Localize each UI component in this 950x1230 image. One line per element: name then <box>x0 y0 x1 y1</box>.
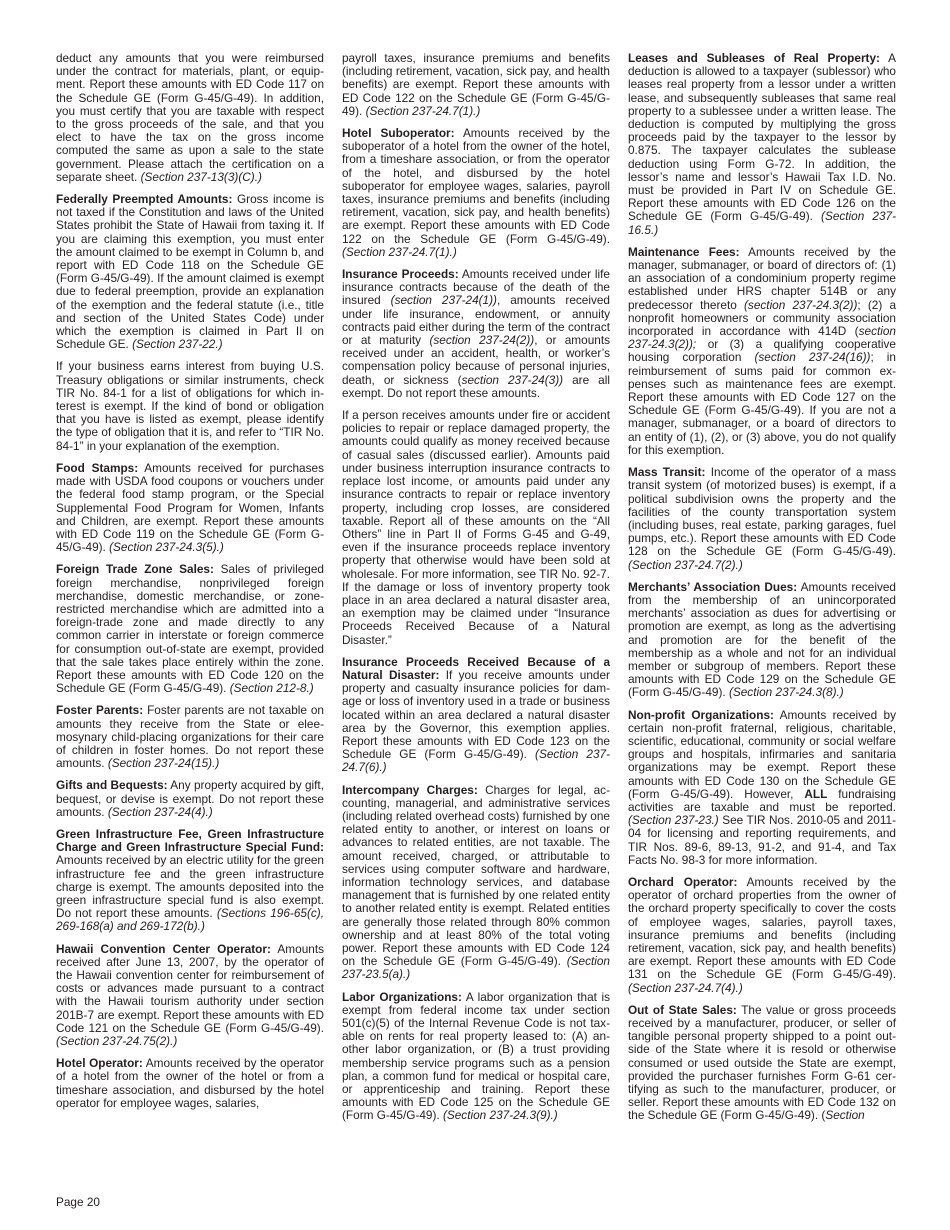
section-heading: Maintenance Fees: <box>628 245 740 259</box>
section-paragraph: Orchard Operator: Amounts received by th… <box>628 876 896 995</box>
body-text: ; in reimbursement of sums paid for comm… <box>628 350 896 456</box>
body-text: If a person receives amounts under fire … <box>342 408 610 646</box>
citation-text: (Section 237-24.7(2).) <box>628 558 743 572</box>
section-heading: Merchants’ Association Dues: <box>628 580 797 594</box>
document-page: deduct any amounts that you were reimbur… <box>0 0 950 1230</box>
section-heading: Out of State Sales: <box>628 1003 737 1017</box>
section-heading: Food Stamps: <box>56 461 138 475</box>
section-heading: Orchard Operator: <box>628 875 737 889</box>
body-paragraph: deduct any amounts that you were reimbur… <box>56 52 324 184</box>
section-paragraph: Out of State Sales: The value or gross p… <box>628 1004 896 1123</box>
section-paragraph: Leases and Subleases of Real Property: A… <box>628 52 896 237</box>
citation-text: (section 237-24(16)) <box>754 350 870 364</box>
body-paragraph: payroll taxes, insurance premiums and be… <box>342 52 610 118</box>
section-heading: Hotel Operator: <box>56 1056 143 1070</box>
citation-text: (Section 237-24.3(9).) <box>443 1108 558 1122</box>
body-paragraph: If your business earns interest from buy… <box>56 360 324 452</box>
body-text: If your business earns interest from buy… <box>56 359 324 452</box>
section-heading: Mass Transit: <box>628 465 705 479</box>
column-middle: payroll taxes, insurance premiums and be… <box>342 52 610 1132</box>
section-paragraph: Non-profit Organizations: Amounts receiv… <box>628 709 896 867</box>
section-paragraph: Hotel Operator: Amounts received by the … <box>56 1057 324 1110</box>
citation-text: (Section 237-24(15).) <box>108 756 219 770</box>
section-paragraph: Merchants’ Association Dues: Amounts re­… <box>628 581 896 700</box>
section-heading: Insurance Proceeds: <box>342 267 459 281</box>
section-paragraph: Gifts and Bequests: Any property acquire… <box>56 779 324 819</box>
citation-text: (Section 212-8.) <box>230 681 314 695</box>
section-heading: Hotel Suboperator: <box>342 126 455 140</box>
body-text: Amounts received after June 13, 2007, by… <box>56 942 324 1035</box>
body-text: Amounts re­ceived from the membership of… <box>628 580 896 700</box>
body-text: Amounts received by the operator of orch… <box>628 875 896 981</box>
section-heading: Labor Organizations: <box>342 990 462 1004</box>
citation-text: section 237-24(3)) <box>462 373 564 387</box>
citation-text: (Section 237-24.7(4).) <box>628 981 743 995</box>
section-heading: Intercompany Charges: <box>342 783 478 797</box>
body-text: Amounts received by the suboperator of a… <box>342 126 610 246</box>
citation-text: (Section 237-22.) <box>132 337 223 351</box>
section-paragraph: Hotel Suboperator: Amounts received by t… <box>342 127 610 259</box>
section-heading: Foster Parents: <box>56 703 143 717</box>
body-text: Sales of privileged foreign merchandise,… <box>56 562 324 695</box>
body-text: A deduction is allowed to a taxpayer (su… <box>628 51 896 223</box>
section-paragraph: Insurance Proceeds: Amounts received und… <box>342 268 610 400</box>
section-paragraph: Maintenance Fees: Amounts received by th… <box>628 246 896 457</box>
page-number: Page 20 <box>56 1195 100 1209</box>
section-heading: Federally Preempted Amounts: <box>56 192 232 206</box>
body-text: Charges for legal, ac­counting, manageri… <box>342 783 610 969</box>
section-paragraph: Foster Parents: Foster parents are not t… <box>56 704 324 770</box>
citation-text: (Section 237-24.75(2).) <box>56 1034 177 1048</box>
section-paragraph: Labor Organizations: A labor organizatio… <box>342 991 610 1123</box>
body-paragraph: If a person receives amounts under fire … <box>342 409 610 647</box>
citation-text: (section 237-24(2)) <box>429 333 534 347</box>
body-text: Income of the operator of a mass transit… <box>628 465 896 558</box>
citation-text: (Section 237-24.3(5).) <box>109 540 224 554</box>
column-right: Leases and Subleases of Real Property: A… <box>628 52 896 1132</box>
section-heading: Hawaii Convention Center Operator: <box>56 942 271 956</box>
section-paragraph: Federally Preempted Amounts: Gross incom… <box>56 193 324 351</box>
citation-text: (section 237-24(1)) <box>391 293 497 307</box>
section-paragraph: Food Stamps: Amounts received for purcha… <box>56 462 324 554</box>
citation-text: (section 237-24.3(2)) <box>744 298 857 312</box>
body-text: The value or gross proceeds received by … <box>628 1003 896 1123</box>
section-heading: Non-profit Organizations: <box>628 708 774 722</box>
citation-text: (Section 237-24.3(8).) <box>729 685 844 699</box>
citation-text: (Section 237-24(4).) <box>108 805 213 819</box>
section-heading: Gifts and Bequests: <box>56 778 168 792</box>
citation-text: (Section 237-23.) <box>628 813 719 827</box>
citation-text: (Section 237-13(3)(C).) <box>141 170 262 184</box>
citation-text: (Section 237-24.7(1).) <box>366 104 481 118</box>
section-paragraph: Hawaii Convention Center Operator: Amoun… <box>56 943 324 1049</box>
section-paragraph: Insurance Proceeds Received Because of a… <box>342 656 610 775</box>
section-paragraph: Mass Transit: Income of the operator of … <box>628 466 896 572</box>
section-heading: Leases and Subleases of Real Property: <box>628 51 880 65</box>
emphasis-text: ALL <box>804 787 827 801</box>
column-left: deduct any amounts that you were reimbur… <box>56 52 324 1119</box>
body-text: Gross income is not taxed if the Constit… <box>56 192 324 351</box>
body-text: deduct any amounts that you were reimbur… <box>56 51 324 184</box>
body-text: A labor organization that is exempt from… <box>342 990 610 1123</box>
section-paragraph: Intercompany Charges: Charges for legal,… <box>342 784 610 982</box>
section-paragraph: Foreign Trade Zone Sales: Sales of privi… <box>56 563 324 695</box>
section-heading: Foreign Trade Zone Sales: <box>56 562 214 576</box>
citation-text: (Section 237-24.7(1).) <box>342 245 457 259</box>
citation-text: Section <box>825 1108 864 1122</box>
section-paragraph: Green Infrastructure Fee, Green Infrastr… <box>56 828 324 934</box>
section-heading: Green Infrastructure Fee, Green Infrastr… <box>56 827 324 854</box>
